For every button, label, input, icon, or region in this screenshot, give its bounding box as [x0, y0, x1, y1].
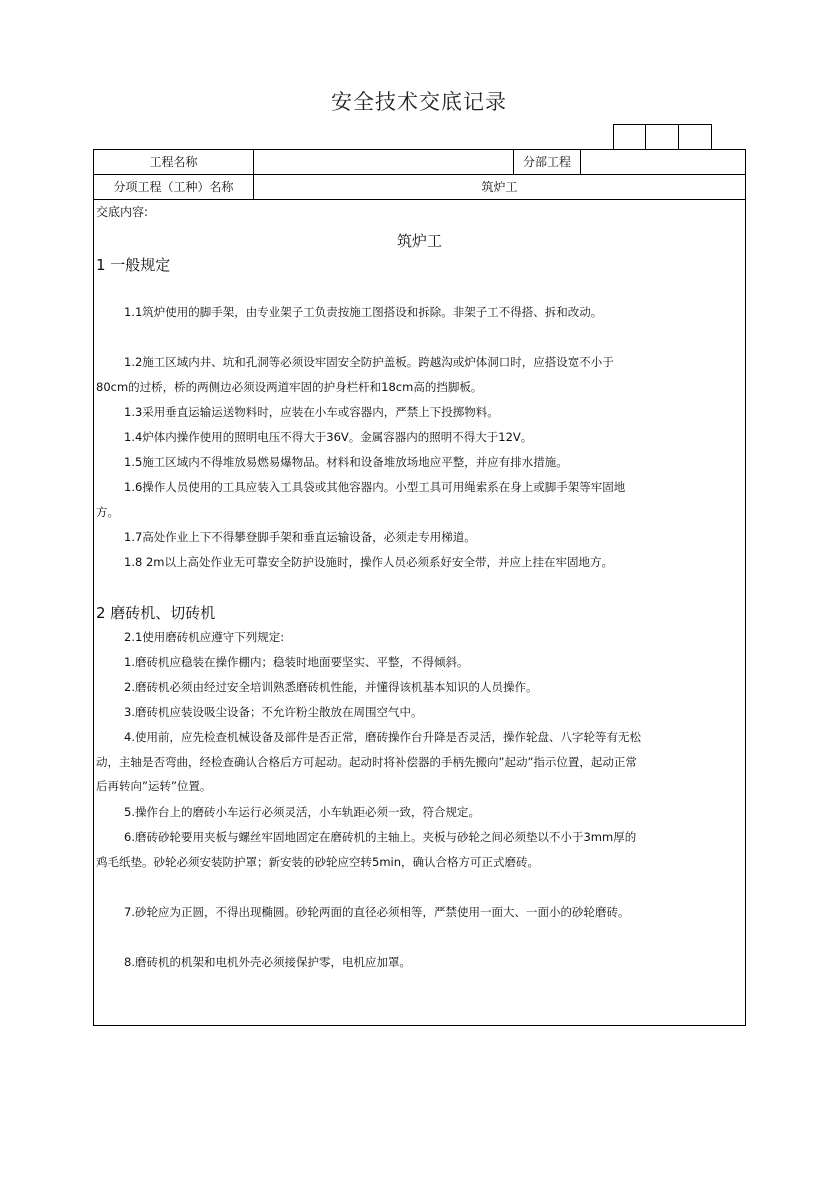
section-1-item: 1.2施工区域内井、坑和孔洞等必须设牢固安全防护盖板。跨越沟或炉体洞口时，应搭设…: [96, 350, 644, 399]
sub-project-label: 分部工程: [514, 150, 581, 174]
section-2-item: 3.磨砖机应装设吸尘设备；不允许粉尘散放在周围空气中。: [96, 700, 644, 725]
section-1-item: 1.8 2m以上高处作业无可靠安全防护设施时，操作人员必须系好安全带，并应上挂在…: [96, 550, 644, 575]
sub-project-value: [581, 150, 745, 174]
section-2-item: 5.操作台上的磨砖小车运行必须灵活，小车轨距必须一致，符合规定。: [96, 800, 644, 825]
document-title: 安全技术交底记录: [0, 86, 838, 116]
content-subtitle: 筑炉工: [94, 230, 745, 251]
section-1-item: 1.6操作人员使用的工具应装入工具袋或其他容器内。小型工具可用绳索系在身上或脚手…: [96, 475, 644, 524]
project-name-label: 工程名称: [94, 150, 254, 174]
section-2-item: 6.磨砖砂轮要用夹板与螺丝牢固地固定在磨砖机的主轴上。夹板与砂轮之间必须垫以不小…: [96, 825, 644, 874]
section-2-item: 4.使用前，应先检查机械设备及部件是否正常，磨砖操作台升降是否灵活，操作轮盘、八…: [96, 725, 644, 799]
section-1-heading: 1 一般规定: [96, 254, 170, 275]
header-box-3: [679, 125, 712, 150]
section-2-item: 2.磨砖机必须由经过安全培训熟悉磨砖机性能，并懂得该机基本知识的人员操作。: [96, 675, 644, 700]
section-1-item: 1.4炉体内操作使用的照明电压不得大于36V。金属容器内的照明不得大于12V。: [96, 425, 644, 450]
section-2-item: 7.砂轮应为正圆，不得出现椭圆。砂轮两面的直径必须相等，严禁使用一面大、一面小的…: [96, 900, 644, 925]
section-1-item: 1.1筑炉使用的脚手架，由专业架子工负责按施工图搭设和拆除。非架子工不得搭、拆和…: [96, 300, 644, 325]
section-2-item: 1.磨砖机应稳装在操作棚内；稳装时地面要坚实、平整，不得倾斜。: [96, 650, 644, 675]
trade-value: 筑炉工: [254, 175, 745, 199]
content-label: 交底内容:: [96, 203, 148, 220]
header-boxes: [613, 124, 712, 150]
section-2-heading: 2 磨砖机、切砖机: [96, 602, 215, 623]
section-1-item: 1.7高处作业上下不得攀登脚手架和垂直运输设备，必须走专用梯道。: [96, 525, 644, 550]
section-1-item: 1.3采用垂直运输运送物料时，应装在小车或容器内，严禁上下投掷物料。: [96, 400, 644, 425]
table-row-trade: 分项工程（工种）名称 筑炉工: [94, 175, 745, 200]
section-2-item: 2.1使用磨砖机应遵守下列规定:: [96, 625, 644, 650]
trade-label: 分项工程（工种）名称: [94, 175, 254, 199]
table-row-project: 工程名称 分部工程: [94, 150, 745, 175]
section-1-item: 1.5施工区域内不得堆放易燃易爆物品。材料和设备堆放场地应平整，并应有排水措施。: [96, 450, 644, 475]
section-2-item: 8.磨砖机的机架和电机外壳必须接保护零，电机应加罩。: [96, 950, 644, 975]
header-box-2: [646, 125, 679, 150]
disclosure-table: 工程名称 分部工程 分项工程（工种）名称 筑炉工 交底内容: 筑炉工 1 一般规…: [93, 149, 746, 1026]
project-name-value: [254, 150, 514, 174]
header-box-1: [614, 125, 646, 150]
